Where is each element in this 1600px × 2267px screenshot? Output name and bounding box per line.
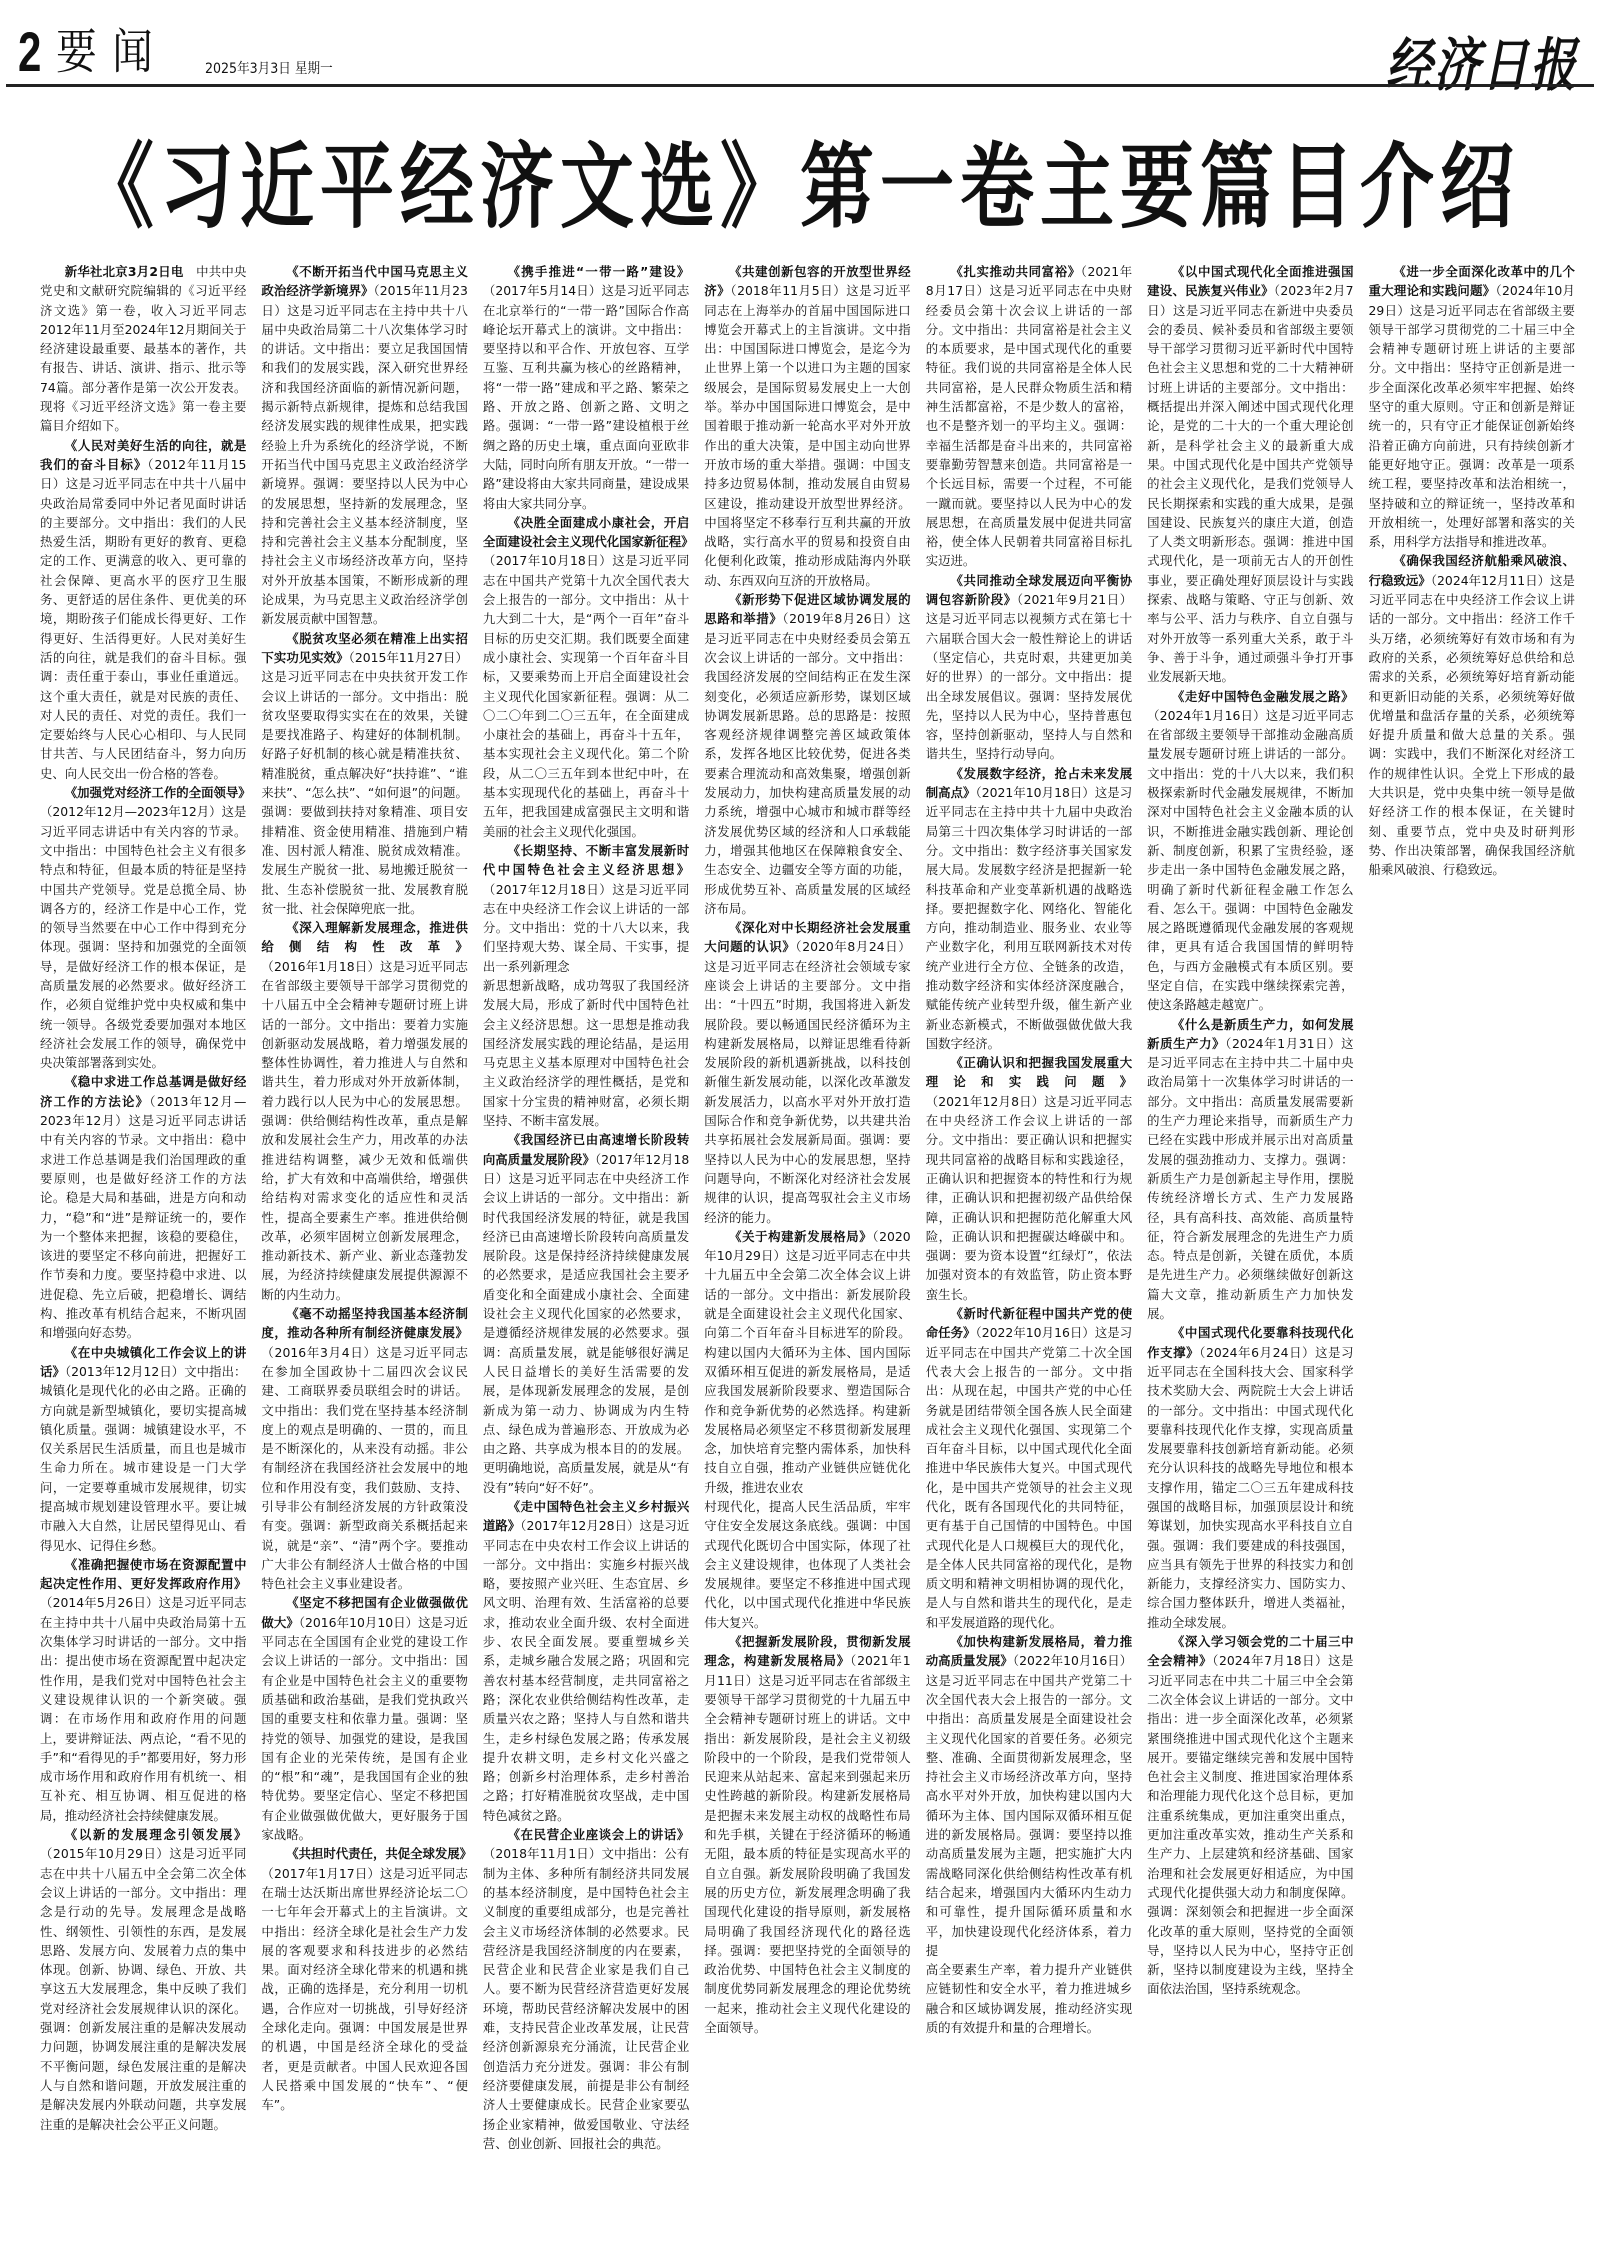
article-date: （2017年5月14日） [483, 283, 602, 298]
article-entry: 《中国式现代化要靠科技现代化作支撑》（2024年6月24日）这是习近平同志在全国… [1147, 1323, 1353, 1632]
article-heading: 《正确认识和把握我国发展重大理论和实践问题》 [926, 1055, 1132, 1089]
article-entry: 《脱贫攻坚必须在精准上出实招下实功见实效》（2015年11月27日）这是习近平同… [261, 629, 467, 918]
article-heading: 《以新的发展理念引领发展》 [65, 1827, 247, 1842]
article-date: （2021年12月8日） [926, 1094, 1045, 1109]
article-date: （2022年10月16日） [976, 1325, 1095, 1340]
article-heading: 《决胜全面建成小康社会，开启全面建设社会主义现代化国家新征程》 [483, 515, 689, 549]
article-summary: 这是习近平同志在中国共产党第二十次全国代表大会上报告的一部分。文中指出：从现在起… [926, 1325, 1132, 1629]
article-entry: 《新时代新征程中国共产党的使命任务》（2022年10月16日）这是习近平同志在中… [926, 1304, 1132, 1632]
article-summary: 这是习近平同志在中央经济工作会议上讲话的一部分。文中指出：要正确认识和把握实现共… [926, 1094, 1132, 1302]
article-entry: 《把握新发展阶段，贯彻新发展理念，构建新发展格局》（2021年1月11日）这是习… [704, 1632, 910, 2037]
article-summary: 这是习近平同志在中共十八届五中全会第二次全体会议上讲话的一部分。文中指出：理念是… [40, 1846, 246, 2131]
page-header: 2 要闻 2025年3月3日 星期一 经济日报 [0, 0, 1600, 86]
article-entry: 新思想新战略，成功驾驭了我国经济发展大局，形成了新时代中国特色社会主义经济思想。… [483, 976, 689, 1130]
section-name: 要闻 [56, 26, 168, 78]
article-summary: 这是习近平同志在省部级主要领导干部学习贯彻党的二十届三中全会精神专题研讨班上讲话… [1369, 303, 1575, 550]
article-summary: 这是习近平同志在北京举行的“一带一路”国际合作高峰论坛开幕式上的演讲。文中指出：… [483, 283, 689, 510]
text-column: 《进一步全面深化改革中的几个重大理论和实践问题》（2024年10月29日）这是习… [1369, 262, 1575, 2252]
article-entry: 《决胜全面建成小康社会，开启全面建设社会主义现代化国家新征程》（2017年10月… [483, 513, 689, 841]
article-summary: 这是习近平同志在经济社会领域专家座谈会上讲话的主要部分。文中指出：“十四五”时期… [704, 959, 910, 1225]
article-entry: 《我国经济已由高速增长阶段转向高质量发展阶段》（2017年12月18日）这是习近… [483, 1130, 689, 1497]
article-entry: 《在中央城镇化工作会议上的讲话》（2013年12月12日）文中指出：城镇化是现代… [40, 1343, 246, 1555]
article-summary: 村现代化，提高人民生活品质，牢牢守住安全发展这条底线。强调：中国式现代化既切合中… [704, 1499, 910, 1630]
article-summary: 这是习近平同志在瑞士达沃斯出席世界经济论坛二〇一七年年会开幕式上的主旨演讲。文中… [261, 1866, 467, 2113]
article-date: （2024年7月18日） [1212, 1653, 1328, 1668]
article-entry: 《坚定不移把国有企业做强做优做大》（2016年10月10日）这是习近平同志在全国… [261, 1593, 467, 1844]
article-heading: 《走好中国特色金融发展之路》 [1172, 689, 1354, 704]
article-summary: 这是习近平同志在中央农村工作会议上讲话的一部分。文中指出：实施乡村振兴战略，要按… [483, 1518, 689, 1822]
article-heading: 《关于构建新发展格局》 [729, 1229, 872, 1244]
article-entry: 《长期坚持、不断丰富发展新时代中国特色社会主义经济思想》（2017年12月18日… [483, 841, 689, 976]
article-entry: 《扎实推动共同富裕》（2021年8月17日）这是习近平同志在中央财经委员会第十次… [926, 262, 1132, 571]
article-entry: 《毫不动摇坚持我国基本经济制度，推动各种所有制经济健康发展》（2016年3月4日… [261, 1304, 467, 1593]
article-date: （2018年11月5日） [730, 283, 846, 298]
text-column: 《扎实推动共同富裕》（2021年8月17日）这是习近平同志在中央财经委员会第十次… [926, 262, 1132, 2252]
article-summary: 这是习近平同志在全国国有企业党的建设工作会议上讲话的一部分。文中指出：国有企业是… [261, 1615, 467, 1842]
article-date: （2016年10月10日） [299, 1615, 418, 1630]
article-summary: 这是习近平同志在全国科技大会、国家科学技术奖励大会、两院院士大会上讲话的一部分。… [1147, 1345, 1353, 1630]
article-heading: 《深入理解新发展理念，推进供给侧结构性改革》 [261, 920, 467, 954]
text-column: 《不断开拓当代中国马克思主义政治经济学新境界》（2015年11月23日）这是习近… [261, 262, 467, 2252]
article-summary: 文中指出：城镇化是现代化的必由之路。正确的方向就是新型城镇化，要切实提高城镇化质… [40, 1364, 246, 1553]
article-date: （2015年10月29日） [40, 1846, 169, 1861]
article-summary: 这是习近平同志在省部级主要领导干部学习贯彻党的十八届五中全会精神专题研讨班上讲话… [261, 959, 467, 1302]
article-entry: 《新形势下促进区域协调发展的思路和举措》（2019年8月26日）这是习近平同志在… [704, 590, 910, 918]
article-date: （2016年3月4日） [261, 1345, 376, 1360]
article-summary: 这是习近平同志在中央经济工作会议上讲话的一部分。文中指出：经济工作千头万绪，必须… [1369, 573, 1575, 877]
article-entry: 《什么是新质生产力，如何发展新质生产力》（2024年1月31日）这是习近平同志在… [1147, 1015, 1353, 1324]
article-heading: 《毫不动摇坚持我国基本经济制度，推动各种所有制经济健康发展》 [261, 1306, 467, 1340]
article-date: （2013年12月12日） [65, 1364, 184, 1379]
article-entry: 《携手推进“一带一路”建设》（2017年5月14日）这是习近平同志在北京举行的“… [483, 262, 689, 513]
article-heading: 《长期坚持、不断丰富发展新时代中国特色社会主义经济思想》 [483, 843, 689, 877]
page-number: 2 [18, 24, 41, 80]
article-date: （2014年5月26日） [40, 1595, 159, 1610]
section-label: 要闻 [56, 24, 168, 80]
article-date: （2021年10月18日） [976, 785, 1095, 800]
article-entry: 《共建创新包容的开放型世界经济》（2018年11月5日）这是习近平同志在上海举办… [704, 262, 910, 590]
article-entry: 《共同推动全球发展迈向平衡协调包容新阶段》（2021年9月21日）这是习近平同志… [926, 571, 1132, 764]
article-heading: 《准确把握使市场在资源配置中起决定性作用、更好发挥政府作用》 [40, 1557, 246, 1591]
article-entry: 《关于构建新发展格局》（2020年10月29日）这是习近平同志在中共十九届五中全… [704, 1227, 910, 1497]
article-date: （2019年8月26日） [782, 611, 898, 626]
article-summary: 这是习近平同志在中国共产党第二十次全国代表大会上报告的一部分。文中指出：高质量发… [926, 1673, 1132, 1958]
article-heading: 《在民营企业座谈会上的讲话》 [508, 1827, 690, 1842]
article-entry: 《加强党对经济工作的全面领导》（2012年12月—2023年12月）这是习近平同… [40, 783, 246, 1072]
article-summary: 这是习近平同志在中央财经委员会第五次会议上讲话的一部分。文中指出：我国经济发展的… [704, 611, 910, 915]
text-column: 新华社北京3月2日电 中共中央党史和文献研究院编辑的《习近平经济文选》第一卷，收… [40, 262, 246, 2252]
header-rule [6, 84, 1594, 87]
article-entry: 《共担时代责任，共促全球发展》（2017年1月17日）这是习近平同志在瑞士达沃斯… [261, 1844, 467, 2114]
article-entry: 《发展数字经济，抢占未来发展制高点》（2021年10月18日）这是习近平同志在主… [926, 764, 1132, 1053]
article-date: （2015年11月27日） [349, 650, 468, 665]
page-title: 《习近平经济文选》第一卷主要篇目介绍 [0, 125, 1600, 250]
article-entry: 村现代化，提高人民生活品质，牢牢守住安全发展这条底线。强调：中国式现代化既切合中… [704, 1497, 910, 1632]
article-entry: 《加快构建新发展格局，着力推动高质量发展》（2022年10月16日）这是习近平同… [926, 1632, 1132, 1960]
masthead-logo: 经济日报 [1386, 20, 1578, 103]
article-date: （2016年1月18日） [261, 959, 380, 974]
article-heading: 《共担时代责任，共促全球发展》 [286, 1846, 468, 1861]
article-summary: 这是习近平同志在参加全国政协十二届四次会议民建、工商联界委员联组会时的讲话。文中… [261, 1345, 467, 1592]
article-date: （2024年1月16日） [1147, 708, 1266, 723]
article-entry: 《稳中求进工作总基调是做好经济工作的方法论》（2013年12月—2023年12月… [40, 1072, 246, 1342]
article-entry: 《进一步全面深化改革中的几个重大理论和实践问题》（2024年10月29日）这是习… [1369, 262, 1575, 551]
article-date: （2022年10月16日） [1013, 1653, 1132, 1668]
article-summary: 这是习近平同志在中共十八届中央政治局常委同中外记者见面时讲话的主要部分。文中指出… [40, 476, 246, 780]
article-summary: 这是习近平同志在中央经济工作会议上讲话的一部分。文中指出：新时代我国经济发展的特… [483, 1171, 689, 1495]
article-entry: 《走好中国特色金融发展之路》（2024年1月16日）这是习近平同志在省部级主要领… [1147, 687, 1353, 1015]
article-summary: 这是习近平同志以视频方式在第七十六届联合国大会一般性辩论上的讲话（坚定信心，共克… [926, 611, 1132, 761]
article-entry: 《深入理解新发展理念，推进供给侧结构性改革》（2016年1月18日）这是习近平同… [261, 918, 467, 1304]
article-date: （2017年10月18日） [483, 553, 612, 568]
article-heading: 《扎实推动共同富裕》 [950, 264, 1080, 279]
newspaper-page: 2 要闻 2025年3月3日 星期一 经济日报 《习近平经济文选》第一卷主要篇目… [0, 0, 1600, 2267]
text-column: 《以中国式现代化全面推进强国建设、民族复兴伟业》（2023年2月7日）这是习近平… [1147, 262, 1353, 2252]
article-summary: 这是习近平同志在中共二十届三中全会第二次全体会议上讲话的一部分。文中指出：进一步… [1147, 1653, 1353, 1996]
article-summary: 这是习近平同志在省部级主要领导干部学习贯彻党的十九届五中全会精神专题研讨班上的讲… [704, 1673, 910, 2035]
article-summary: 这是习近平同志在新进中央委员会的委员、候补委员和省部级主要领导干部学习贯彻习近平… [1147, 303, 1353, 685]
article-entry: 《走中国特色社会主义乡村振兴道路》（2017年12月28日）这是习近平同志在中央… [483, 1497, 689, 1825]
article-date: （2021年9月21日） [1017, 592, 1132, 607]
article-entry: 《深化对中长期经济社会发展重大问题的认识》（2020年8月24日）这是习近平同志… [704, 918, 910, 1227]
article-date: （2024年12月11日） [1431, 573, 1550, 588]
article-entry: 《人民对美好生活的向往，就是我们的奋斗目标》（2012年11月15日）这是习近平… [40, 436, 246, 783]
article-entry: 高全要素生产率，着力提升产业链供应链韧性和安全水平，着力推进城乡融合和区域协调发… [926, 1960, 1132, 2037]
article-date: （2012年12月—2023年12月） [40, 804, 222, 819]
article-entry: 《以新的发展理念引领发展》（2015年10月29日）这是习近平同志在中共十八届五… [40, 1825, 246, 2134]
article-columns: 新华社北京3月2日电 中共中央党史和文献研究院编辑的《习近平经济文选》第一卷，收… [40, 262, 1575, 2252]
article-summary: 这是习近平同志在主持中共十八届中央政治局第十五次集体学习时讲话的一部分。文中指出… [40, 1595, 246, 1822]
article-summary: 这是习近平同志在省部级主要领导干部推动金融高质量发展专题研讨班上讲话的一部分。文… [1147, 708, 1353, 1012]
article-date: （2020年8月24日） [795, 939, 910, 954]
article-summary: 这是习近平同志讲话中有关内容的节录。文中指出：稳中求进工作总基调是我们治国理政的… [40, 1113, 246, 1340]
article-summary: 高全要素生产率，着力提升产业链供应链韧性和安全水平，着力推进城乡融合和区域协调发… [926, 1962, 1132, 2035]
intro-paragraph: 新华社北京3月2日电 中共中央党史和文献研究院编辑的《习近平经济文选》第一卷，收… [40, 262, 246, 436]
article-entry: 《准确把握使市场在资源配置中起决定性作用、更好发挥政府作用》（2014年5月26… [40, 1555, 246, 1825]
article-date: （2017年12月28日） [520, 1518, 639, 1533]
article-date: （2017年12月18日） [483, 882, 612, 897]
article-heading: 《携手推进“一带一路”建设》 [508, 264, 690, 279]
article-summary: 文中指出：公有制为主体、多种所有制经济共同发展的基本经济制度，是中国特色社会主义… [483, 1846, 689, 2150]
article-heading: 《加强党对经济工作的全面领导》 [65, 785, 247, 800]
issue-date: 2025年3月3日 星期一 [205, 58, 333, 78]
article-summary: 这是习近平同志在主持中共十八届中央政治局第二十八次集体学习时的讲话。文中指出：要… [261, 303, 467, 627]
article-summary: 这是习近平同志在中央财经委员会第十次会议上讲话的一部分。文中指出：共同富裕是社会… [926, 283, 1132, 568]
article-date: （2017年1月17日） [261, 1866, 380, 1881]
article-entry: 《正确认识和把握我国发展重大理论和实践问题》（2021年12月8日）这是习近平同… [926, 1053, 1132, 1304]
article-summary: 这是习近平同志在上海举办的首届中国国际进口博览会开幕式上的主旨演讲。文中指出：中… [704, 283, 910, 587]
text-column: 《共建创新包容的开放型世界经济》（2018年11月5日）这是习近平同志在上海举办… [704, 262, 910, 2252]
article-entry: 《深入学习领会党的二十届三中全会精神》（2024年7月18日）这是习近平同志在中… [1147, 1632, 1353, 1999]
article-entry: 《确保我国经济航船乘风破浪、行稳致远》（2024年12月11日）这是习近平同志在… [1369, 551, 1575, 879]
article-summary: 这是习近平同志在中央扶贫开发工作会议上讲话的一部分。文中指出：脱贫攻坚要取得实实… [261, 669, 467, 916]
article-summary: 这是习近平同志讲话中有关内容的节录。文中指出：中国特色社会主义有很多特点和特征，… [40, 804, 246, 1070]
article-summary: 这是习近平同志在中国共产党第十九次全国代表大会上报告的一部分。文中指出：从十九大… [483, 553, 689, 838]
article-entry: 《不断开拓当代中国马克思主义政治经济学新境界》（2015年11月23日）这是习近… [261, 262, 467, 629]
intro-text: 中共中央党史和文献研究院编辑的《习近平经济文选》第一卷，收入习近平同志2012年… [40, 264, 246, 433]
text-column: 《携手推进“一带一路”建设》（2017年5月14日）这是习近平同志在北京举行的“… [483, 262, 689, 2252]
article-entry: 《在民营企业座谈会上的讲话》（2018年11月1日）文中指出：公有制为主体、多种… [483, 1825, 689, 2153]
dateline: 新华社北京3月2日电 [65, 264, 184, 279]
article-date: （2024年1月31日） [1225, 1036, 1341, 1051]
article-date: （2018年11月1日） [483, 1846, 602, 1861]
article-date: （2024年6月24日） [1199, 1345, 1315, 1360]
article-summary: 这是习近平同志在中共十九届五中全会第二次全体会议上讲话的一部分。文中指出：新发展… [704, 1248, 910, 1495]
article-summary: 这是习近平同志在主持中共十九届中央政治局第三十四次集体学习时讲话的一部分。文中指… [926, 785, 1132, 1051]
article-entry: 《以中国式现代化全面推进强国建设、民族复兴伟业》（2023年2月7日）这是习近平… [1147, 262, 1353, 687]
article-summary: 这是习近平同志在主持中共二十届中央政治局第十一次集体学习时讲话的一部分。文中指出… [1147, 1036, 1353, 1321]
article-summary: 新思想新战略，成功驾驭了我国经济发展大局，形成了新时代中国特色社会主义经济思想。… [483, 978, 689, 1128]
